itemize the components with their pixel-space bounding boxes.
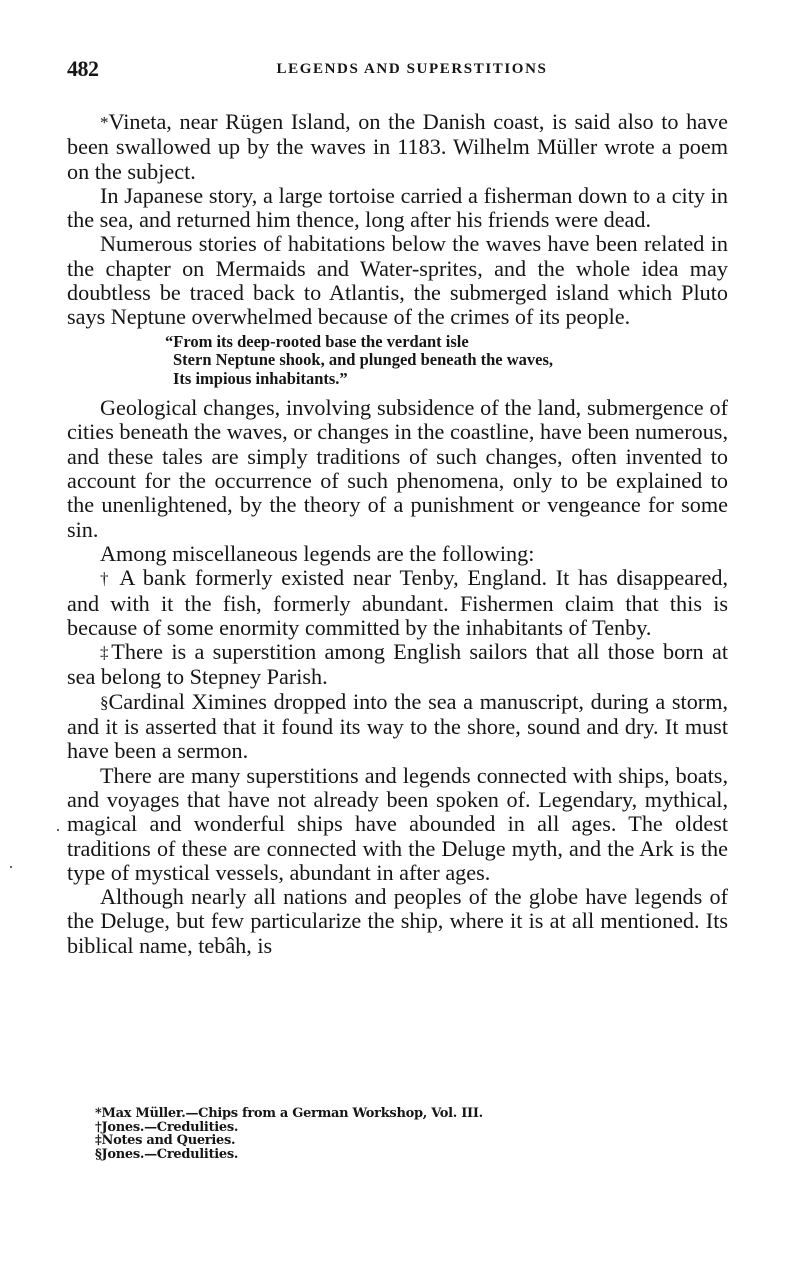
footnote: ‡Notes and Queries. (95, 1134, 483, 1148)
footnote-mark-asterisk: * (100, 113, 109, 132)
quote-line: Stern Neptune shook, and plunged beneath… (165, 351, 728, 370)
footnote: †Jones.—Credulities. (95, 1121, 483, 1135)
paragraph-deluge: Although nearly all nations and peoples … (67, 885, 728, 958)
footnotes: *Max Müller.—Chips from a German Worksho… (95, 1107, 483, 1161)
paragraph-japanese-story: In Japanese story, a large tortoise carr… (67, 184, 728, 233)
paragraph-ximines: §Cardinal Ximines dropped into the sea a… (67, 690, 728, 764)
verse-quote: “From its deep-rooted base the verdant i… (67, 333, 728, 389)
paragraph-tenby: † A bank formerly existed near Tenby, En… (67, 566, 728, 640)
paragraph-geological: Geological changes, involving subsidence… (67, 396, 728, 542)
body-text: *Vineta, near Rügen Island, on the Danis… (67, 110, 728, 958)
scan-speck (57, 829, 59, 831)
quote-line: “From its deep-rooted base the verdant i… (165, 333, 728, 352)
footnote-mark-double-dagger: ‡ (100, 643, 111, 662)
footnote: *Max Müller.—Chips from a German Worksho… (95, 1107, 483, 1121)
footnote-mark-dagger: † (100, 569, 112, 588)
paragraph-stepney: ‡There is a superstition among English s… (67, 640, 728, 690)
footnote: §Jones.—Credulities. (95, 1148, 483, 1162)
paragraph-ships: There are many superstitions and legends… (67, 764, 728, 885)
paragraph-vineta: *Vineta, near Rügen Island, on the Danis… (67, 110, 728, 184)
quote-line: Its impious inhabitants.” (165, 370, 728, 389)
running-head: LEGENDS AND SUPERSTITIONS (67, 61, 727, 78)
page-header: 482 LEGENDS AND SUPERSTITIONS (67, 56, 727, 84)
footnote-mark-section: § (100, 693, 109, 712)
scan-speck (10, 866, 12, 868)
paragraph-miscellaneous: Among miscellaneous legends are the foll… (67, 542, 728, 566)
paragraph-habitations: Numerous stories of habitations below th… (67, 232, 728, 329)
